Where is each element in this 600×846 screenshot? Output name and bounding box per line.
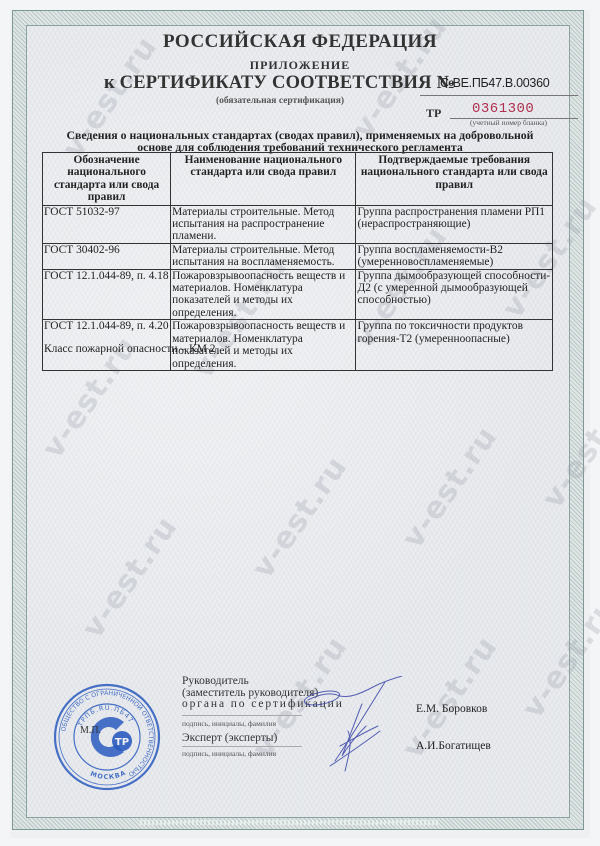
standards-section-heading: Сведения о национальных стандартах (свод… [40, 129, 560, 153]
standards-table: Обозначение национального стандарта или … [42, 152, 553, 371]
column-header-designation: Обозначение национального стандарта или … [43, 153, 171, 206]
expert-signature-block: Эксперт (эксперты) подпись, инициалы, фа… [182, 732, 302, 758]
country-title: РОССИЙСКАЯ ФЕДЕРАЦИЯ [0, 31, 600, 53]
column-header-name: Наименование национального стандарта или… [171, 153, 356, 206]
cell-designation: ГОСТ 30402-96 [43, 243, 171, 269]
appendix-label: ПРИЛОЖЕНИЕ [0, 58, 600, 73]
head-signature-caption: подпись, инициалы, фамилия [182, 715, 302, 730]
certificate-heading: к СЕРТИФИКАТУ СООТВЕТСТВИЯ № [104, 73, 455, 94]
cell-requirements: Группа воспламеняемости-В2 (умеренновосп… [356, 243, 553, 269]
cell-requirements: Группа по токсичности продуктов горения-… [356, 320, 553, 371]
certification-stamp-icon: ОБЩЕСТВО С ОГРАНИЧЕННОЙ ОТВЕТСТВЕННОСТЬЮ… [52, 682, 162, 792]
certificate-number: С-ВЕ.ПБ47.В.00360 [424, 76, 574, 90]
cell-designation: ГОСТ 12.1.044-89, п. 4.18 [43, 269, 171, 320]
blank-number: 0361300 [472, 101, 534, 117]
table-header-row: Обозначение национального стандарта или … [43, 153, 553, 206]
cell-name: Материалы строительные. Метод испытания … [171, 243, 356, 269]
expert-name: А.И.Богатищев [416, 740, 491, 752]
cell-requirements: Группа распространения пламени РП1 (нера… [356, 205, 553, 243]
handwritten-signature-icon [300, 676, 420, 776]
expert-signature-caption: подпись, инициалы, фамилия [182, 746, 302, 758]
tr-label: ТР [426, 106, 441, 121]
stamp-place-mark: М.П. [80, 725, 101, 736]
cell-designation: ГОСТ 51032-97 [43, 205, 171, 243]
table-row: ГОСТ 12.1.044-89, п. 4.18 Пожаровзрывооп… [43, 269, 553, 320]
head-name: Е.М. Боровков [416, 703, 487, 715]
cell-requirements: Группа дымообразующей способности-Д2 (с … [356, 269, 553, 320]
blank-number-caption: (учетный номер бланка) [470, 118, 547, 127]
certificate-number-underline [420, 95, 578, 96]
cell-name: Материалы строительные. Метод испытания … [171, 205, 356, 243]
table-row: ГОСТ 51032-97 Материалы строительные. Ме… [43, 205, 553, 243]
column-header-requirements: Подтверждаемые требования национального … [356, 153, 553, 206]
expert-label: Эксперт (эксперты) [182, 732, 302, 744]
table-row: ГОСТ 30402-96 Материалы строительные. Ме… [43, 243, 553, 269]
fire-hazard-class: Класс пожарной опасности – КМ 2 [44, 343, 216, 355]
certification-type: (обязательная сертификация) [180, 96, 380, 106]
certificate-content: РОССИЙСКАЯ ФЕДЕРАЦИЯ ПРИЛОЖЕНИЕ к СЕРТИФ… [0, 0, 600, 846]
svg-text:ТР: ТР [115, 737, 129, 748]
cell-name: Пожаровзрывоопасность веществ и материал… [171, 269, 356, 320]
